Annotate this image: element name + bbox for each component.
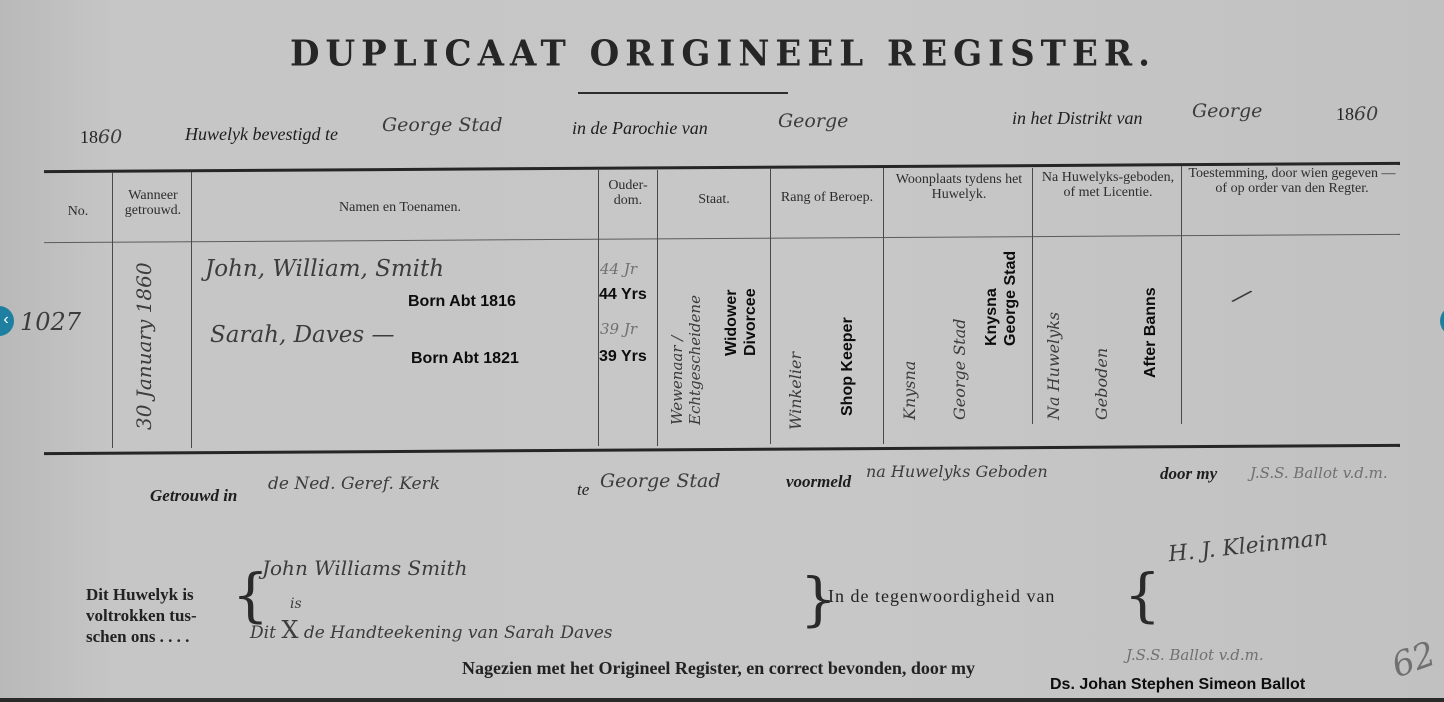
staat-hand: Wewenaar / Echtgescheidene (668, 245, 712, 425)
table-header-rule (44, 234, 1400, 243)
table-bottom-rule (44, 444, 1400, 455)
column-header-rang: Rang of Beroep. (772, 190, 882, 205)
bride-age-hand: 39 Jr (600, 320, 637, 338)
woonplaats-bride-hand: George Stad (950, 240, 969, 420)
voormeld-label: voormeld (786, 472, 851, 492)
staat-annotation: WidowerDivorcee (722, 266, 760, 356)
distrikt-label: in het Distrikt van (1012, 108, 1142, 129)
te-hand: George Stad (600, 470, 721, 492)
getrouwd-label: Getrouwd in (150, 486, 237, 506)
column-divider (1032, 168, 1033, 424)
right-brace: { (1124, 566, 1161, 624)
column-divider (1181, 166, 1182, 424)
rang-hand: Winkelier (786, 250, 805, 430)
column-divider (770, 168, 771, 444)
page-bottom-edge (0, 698, 1444, 702)
te-label: te (577, 480, 589, 500)
groom-age-hand: 44 Jr (600, 260, 637, 278)
corner-mark: 62 (1386, 634, 1440, 686)
toestemming-hand: / (1231, 282, 1254, 310)
column-divider (598, 170, 599, 446)
column-header-ouderdom: Ouder- dom. (602, 178, 654, 208)
previous-page-button[interactable]: ‹ (0, 306, 14, 336)
witness-signature: H. J. Kleinman (1167, 526, 1329, 568)
next-page-button[interactable]: › (1440, 306, 1444, 336)
register-page: DUPLICAAT ORIGINEEL REGISTER. 1860 Huwel… (0, 0, 1444, 700)
title-rule (578, 92, 788, 94)
column-header-geboden: Na Huwelyks-geboden, of met Licentie. (1036, 170, 1180, 200)
parochie-value: George (778, 110, 848, 132)
rang-annotation: Shop Keeper (838, 296, 857, 416)
year-right: 1860 (1336, 103, 1378, 125)
year-left: 1860 (80, 126, 122, 148)
geboden-annotation: After Banns (1141, 268, 1160, 378)
column-header-no: No. (58, 204, 98, 219)
marriage-date: 30 January 1860 (132, 250, 156, 430)
bride-age-annotation: 39 Yrs (599, 348, 647, 366)
huwelyk-place: George Stad (382, 114, 503, 136)
column-header-namen: Namen en Toenamen. (260, 200, 540, 215)
groom-signature: John Williams Smith (262, 556, 467, 580)
entry-number: 1027 (20, 308, 81, 336)
geboden-hand-2: Geboden (1092, 270, 1111, 420)
tegenwoordigheid-label: In de tegenwoordigheid van (828, 586, 1055, 607)
signature-is: is (290, 596, 302, 612)
bride-name: Sarah, Daves — (210, 322, 394, 348)
column-divider (657, 170, 658, 446)
voltrokken-label: Dit Huwelyk is voltrokken tus- schen ons… (86, 584, 197, 647)
door-my-hand: J.S.S. Ballot v.d.m. (1250, 464, 1388, 482)
column-header-toestemming: Toestemming, door wien gegeven —of op or… (1184, 166, 1400, 196)
minister-annotation: Ds. Johan Stephen Simeon Ballot (1050, 676, 1305, 694)
nagezien-hand: J.S.S. Ballot v.d.m. (1126, 646, 1264, 664)
column-divider (191, 172, 192, 448)
distrikt-value: George (1192, 100, 1262, 122)
chevron-left-icon: ‹ (3, 311, 8, 328)
groom-born-annotation: Born Abt 1816 (408, 293, 516, 311)
column-header-staat: Staat. (662, 192, 766, 207)
huwelyk-label: Huwelyk bevestigd te (185, 124, 338, 145)
column-divider (883, 168, 884, 444)
bride-born-annotation: Born Abt 1821 (411, 350, 519, 368)
page-title: DUPLICAAT ORIGINEEL REGISTER. (290, 33, 1156, 75)
woonplaats-groom-hand: Knysna (900, 270, 919, 420)
nagezien-label: Nagezien met het Origineel Register, en … (462, 658, 975, 679)
parochie-label: in de Parochie van (572, 118, 708, 139)
groom-age-annotation: 44 Yrs (599, 286, 647, 304)
bride-signature-line: Dit X de Handteekening van Sarah Daves (250, 616, 613, 644)
woonplaats-annotation: KnysnaGeorge Stad (982, 226, 1020, 346)
column-header-woonplaats: Woonplaats tydens het Huwelyk. (888, 172, 1030, 202)
geboden-hand-1: Na Huwelyks (1044, 240, 1063, 420)
column-header-wanneer: Wanneer getrouwd. (116, 188, 190, 218)
door-my-label: door my (1160, 464, 1217, 484)
getrouwd-hand: de Ned. Geref. Kerk (268, 474, 440, 494)
bride-mark: X (281, 616, 298, 644)
column-divider (112, 172, 113, 448)
voormeld-hand: na Huwelyks Geboden (866, 462, 1048, 481)
groom-name: John, William, Smith (205, 256, 444, 282)
